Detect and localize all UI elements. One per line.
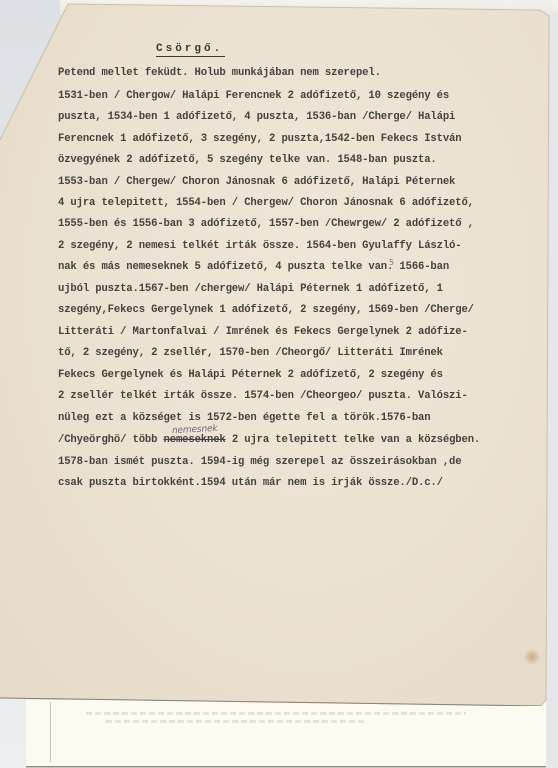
page-title: Csörgő. — [156, 43, 225, 57]
sheet-fold — [50, 702, 51, 762]
margin-mark: 5 — [389, 258, 394, 267]
text-line: szegény,Fekecs Gergelynek 1 adófizető, 2… — [58, 304, 474, 316]
bleed-through-text — [106, 720, 366, 723]
text-line: puszta, 1534-ben 1 adófizető, 4 puszta, … — [58, 111, 455, 123]
text-line: 1553-ban / Chergew/ Choron Jánosnak 6 ad… — [58, 176, 455, 188]
text-line: Litteráti / Martonfalvai / Imrének és Fe… — [58, 326, 468, 338]
typewritten-page: Csörgő. Petend mellet feküdt. Holub munk… — [0, 0, 558, 706]
text-line: 1555-ben és 1556-ban 3 adófizető, 1557-b… — [58, 218, 474, 230]
text-line: ujból puszta.1567-ben /chergew/ Halápi P… — [58, 283, 443, 295]
text-line: 1531-ben / Chergow/ Halápi Ferencnek 2 a… — [58, 90, 449, 102]
text-segment: /Chyeörghö/ több — [58, 434, 164, 446]
text-line: csak puszta birtokként.1594 után már nem… — [58, 477, 443, 489]
text-line: Ferencnek 1 adófizető, 3 szegény, 2 pusz… — [58, 133, 461, 145]
text-segment: 2 ujra telepitett telke van a községben. — [226, 434, 481, 446]
text-line: Petend mellet feküdt. Holub munkájában n… — [58, 67, 381, 79]
text-line: 2 szegény, 2 nemesi telkét irták össze. … — [58, 240, 461, 252]
text-line: Fekecs Gergelynek és Halápi Péternek 2 a… — [58, 369, 443, 381]
text-line: 2 zsellér telkét irták össze. 1574-ben /… — [58, 390, 468, 402]
text-line-corrected: /Chyeörghö/ több nemeseknek 2 ujra telep… — [58, 434, 480, 446]
bleed-through-text — [86, 712, 466, 715]
underlying-sheet — [26, 700, 546, 767]
text-line: 4 ujra telepitett, 1554-ben / Chergew/ C… — [58, 197, 474, 209]
text-line: tő, 2 szegény, 2 zsellér, 1570-ben /Cheo… — [58, 347, 443, 359]
text-line: özvegyének 2 adófizető, 5 szegény telke … — [58, 154, 437, 166]
text-line: 1578-ban ismét puszta. 1594-ig még szere… — [58, 456, 461, 468]
text-line: nüleg ezt a községet is 1572-ben égette … — [58, 412, 430, 424]
